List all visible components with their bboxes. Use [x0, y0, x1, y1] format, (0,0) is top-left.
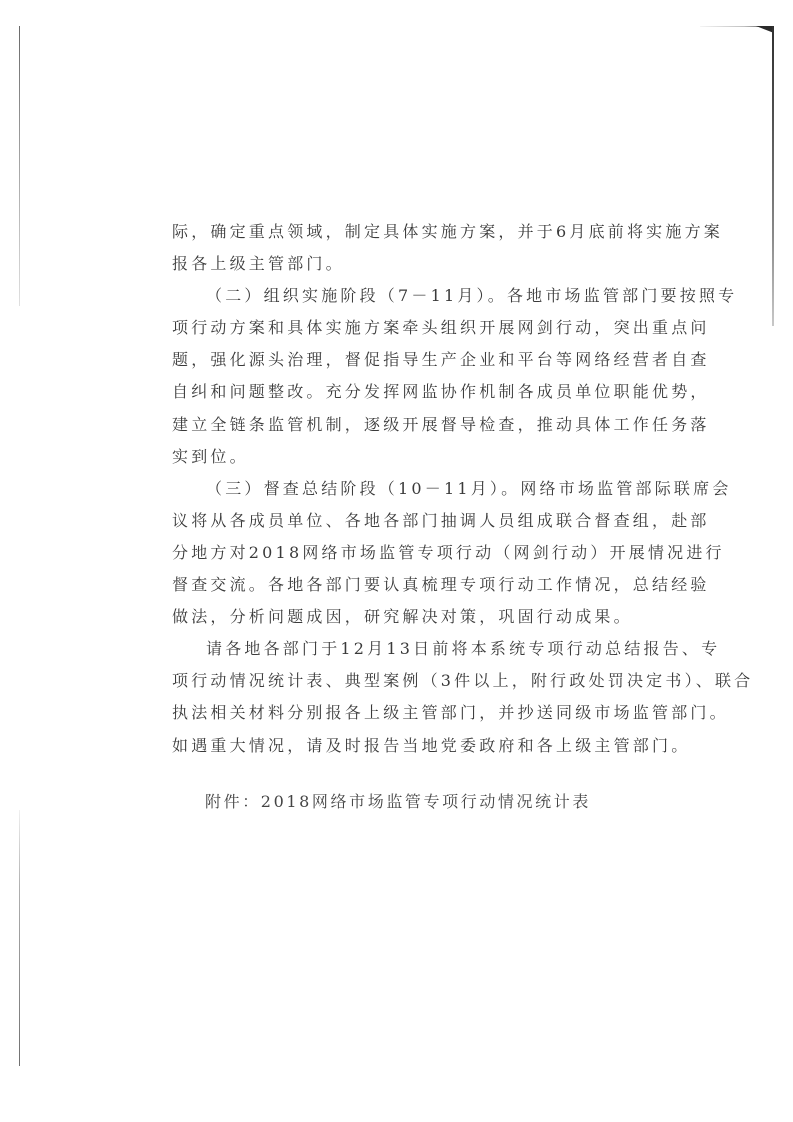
- text-line: 建立全链条监管机制，逐级开展督导检查，推动具体工作任务落: [172, 409, 654, 441]
- text-line: 分地方对2018网络市场监管专项行动（网剑行动）开展情况进行: [172, 537, 654, 569]
- text-line: （三）督查总结阶段（10－11月）。网络市场监管部际联席会: [172, 473, 654, 505]
- text-line: 督查交流。各地各部门要认真梳理专项行动工作情况，总结经验: [172, 569, 654, 601]
- paragraph-reporting-request: 请各地各部门于12月13日前将本系统专项行动总结报告、专 项行动情况统计表、典型…: [172, 633, 654, 761]
- text-line: 执法相关材料分别报各上级主管部门，并抄送同级市场监管部门。: [172, 697, 654, 729]
- text-line: 做法，分析问题成因，研究解决对策，巩固行动成果。: [172, 601, 654, 633]
- text-line: 实到位。: [172, 441, 654, 473]
- attachment-note: 附件：2018网络市场监管专项行动情况统计表: [205, 786, 545, 818]
- document-body: 际，确定重点领域，制定具体实施方案，并于6月底前将实施方案 报各上级主管部门。 …: [172, 216, 654, 762]
- text-line: 题，强化源头治理，督促指导生产企业和平台等网络经营者自查: [172, 344, 654, 376]
- text-line: 自纠和问题整改。充分发挥网监协作机制各成员单位职能优势，: [172, 376, 654, 408]
- paragraph-implementation-stage: （二）组织实施阶段（7－11月）。各地市场监管部门要按照专 项行动方案和具体实施…: [172, 280, 654, 473]
- text-line: 议将从各成员单位、各地各部门抽调人员组成联合督查组，赴部: [172, 505, 654, 537]
- text-line: 项行动方案和具体实施方案牵头组织开展网剑行动，突出重点问: [172, 312, 654, 344]
- scan-edge-left-bottom: [19, 810, 20, 1066]
- paragraph-inspection-stage: （三）督查总结阶段（10－11月）。网络市场监管部际联席会 议将从各成员单位、各…: [172, 473, 654, 633]
- text-line: 项行动情况统计表、典型案例（3件以上，附行政处罚决定书）、联合: [172, 665, 654, 697]
- text-line: 如遇重大情况，请及时报告当地党委政府和各上级主管部门。: [172, 730, 654, 762]
- paragraph-continuation: 际，确定重点领域，制定具体实施方案，并于6月底前将实施方案 报各上级主管部门。: [172, 216, 654, 280]
- text-line: 请各地各部门于12月13日前将本系统专项行动总结报告、专: [172, 633, 654, 665]
- text-line: （二）组织实施阶段（7－11月）。各地市场监管部门要按照专: [172, 280, 654, 312]
- text-line: 际，确定重点领域，制定具体实施方案，并于6月底前将实施方案: [172, 216, 654, 248]
- text-line: 报各上级主管部门。: [172, 248, 654, 280]
- scan-edge-right: [772, 26, 774, 326]
- scan-edge-left: [19, 26, 20, 306]
